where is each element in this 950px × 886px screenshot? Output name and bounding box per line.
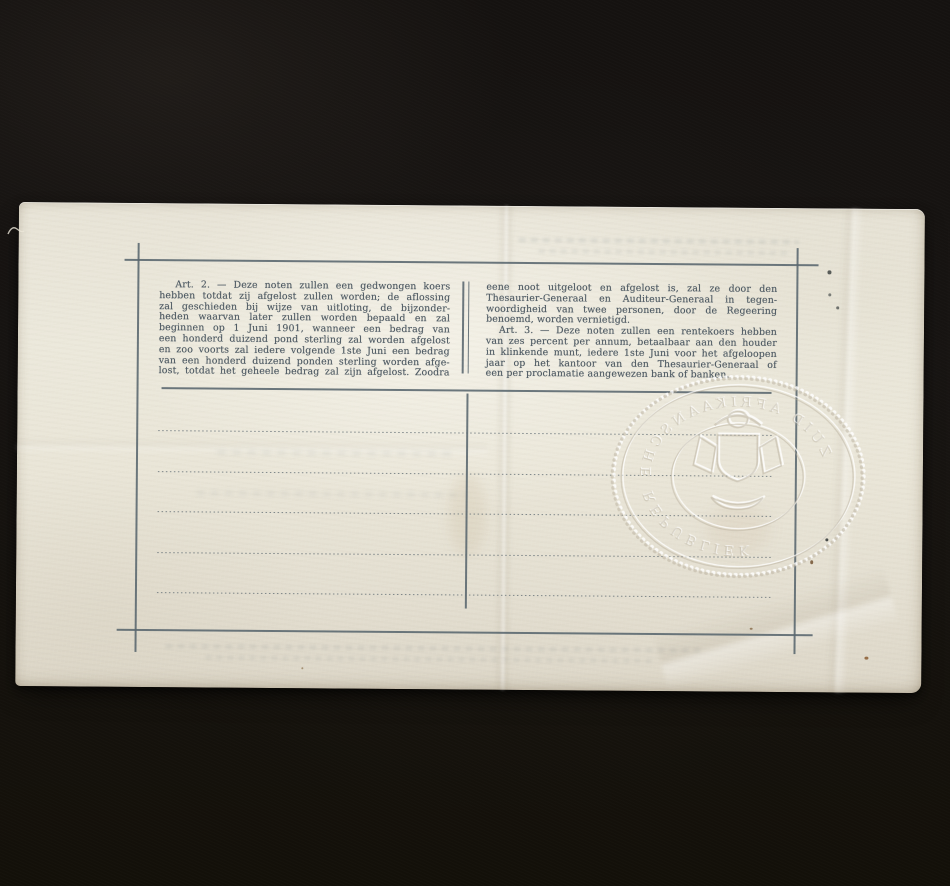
paper-fiber bbox=[6, 222, 26, 238]
paper-crease bbox=[17, 438, 487, 456]
print-bleedthrough bbox=[197, 490, 467, 497]
print-bleedthrough bbox=[166, 644, 706, 652]
foxing-speck bbox=[750, 628, 753, 630]
foxing-speck bbox=[301, 667, 303, 669]
print-bleedthrough bbox=[519, 238, 799, 244]
print-bleedthrough bbox=[539, 249, 789, 255]
column-divider-double-line bbox=[462, 281, 464, 373]
print-bleedthrough bbox=[217, 450, 457, 457]
foxing-speck bbox=[828, 293, 831, 296]
foxing-speck bbox=[864, 657, 868, 660]
frame-border-left bbox=[134, 243, 139, 652]
paper-crease bbox=[493, 206, 515, 690]
article-2-column: Art. 2. — Deze noten zullen een gedwonge… bbox=[159, 280, 451, 379]
frame-border-top bbox=[125, 259, 819, 266]
text-line: lost, totdat het geheele bedrag zal zijn… bbox=[159, 366, 450, 379]
photo-background: Art. 2. — Deze noten zullen een gedwonge… bbox=[0, 0, 950, 886]
embossed-seal: ZUID AFRIKAANSCHE REPUBLIEK ZUID AFRIKAA… bbox=[602, 366, 874, 588]
print-bleedthrough bbox=[205, 655, 655, 663]
banknote-back-paper: Art. 2. — Deze noten zullen een gedwonge… bbox=[15, 202, 925, 693]
column-divider-double-line bbox=[467, 282, 469, 374]
foxing-speck bbox=[827, 270, 831, 274]
frame-border-bottom bbox=[117, 628, 813, 636]
foxing-speck bbox=[836, 306, 839, 309]
